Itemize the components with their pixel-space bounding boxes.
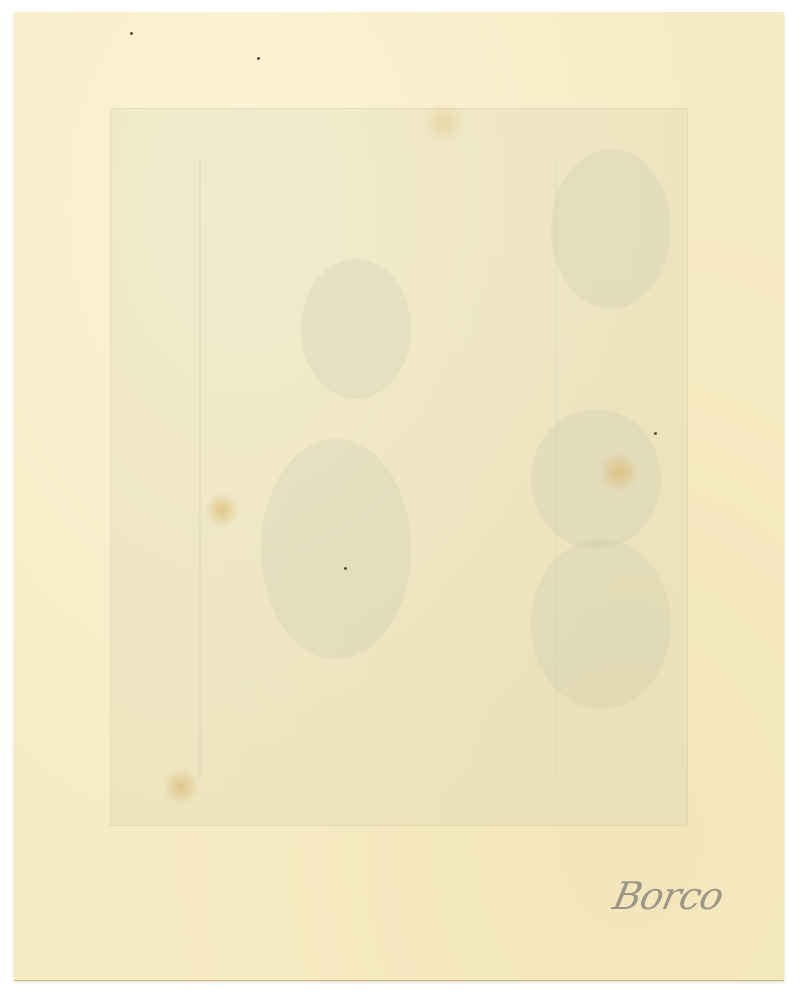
foxing-stain [599,452,639,492]
paper-speck [130,32,133,35]
scan-canvas: Borco [0,0,800,996]
paper-speck [257,57,260,60]
paper-speck [654,432,657,435]
ghost-shape [531,539,671,709]
paper-speck [344,567,347,570]
paper-sheet: Borco [14,12,784,980]
ghost-shape [531,409,661,549]
ghost-shape [301,259,411,399]
pencil-signature: Borco [609,874,726,918]
foxing-stain [204,492,240,528]
foxing-stain [164,767,198,807]
foxing-stain [419,102,469,142]
ghost-shape [551,149,671,309]
ghost-shape [261,439,411,659]
